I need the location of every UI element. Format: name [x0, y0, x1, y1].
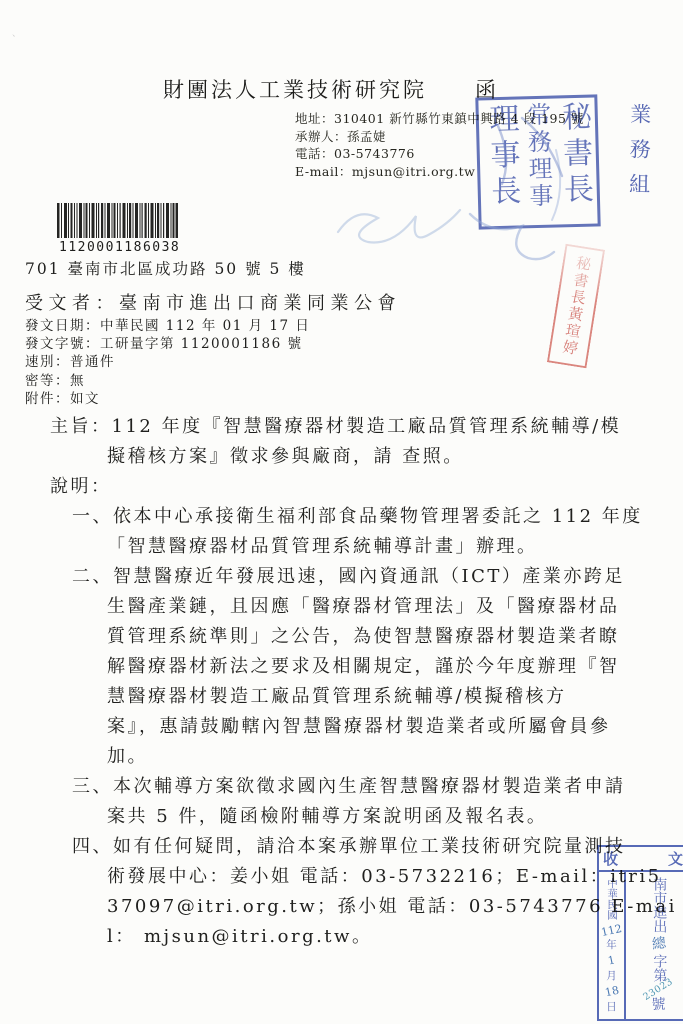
document-title: 財團法人工業技術研究院 函 [163, 74, 499, 104]
name-stamp-text: 秘書長黃瑄婷 [561, 254, 592, 357]
body-line: 「智慧醫療器材品質管理系統輔導計畫」辦理。 [0, 532, 683, 562]
barcode-image [57, 203, 178, 238]
receipt-day-handwritten: 18 [604, 985, 620, 999]
body-line: 術發展中心：姜小姐 電話：03-5732216；E-mail：itri5 [0, 862, 683, 892]
mailing-address: 701 臺南市北區成功路 50 號 5 樓 [25, 257, 306, 279]
receipt-number-label: 字第 [651, 954, 667, 982]
approval-stamp-column-director: 常務理事 [524, 102, 551, 223]
receipt-stamp-header: 收 文 [599, 847, 683, 872]
body-line: 案』，惠請鼓勵轄內智慧醫療器材製造業者或所屬會員參 [0, 712, 683, 742]
body-line: 加。 [0, 742, 683, 772]
meta-issue-date: 發文日期：中華民國 112 年 01 月 17 日 [25, 317, 310, 335]
name-stamp: 秘書長黃瑄婷 [547, 244, 605, 369]
body-line: 案共 5 件，隨函檢附輔導方案說明函及報名表。 [0, 802, 683, 832]
meta-doc-number: 發文字號：工研量字第 1120001186 號 [25, 335, 310, 353]
receipt-org-label: 南市進出 [651, 877, 667, 933]
body-line: 二、智慧醫療近年發展迅速，國內資通訊（ICT）產業亦跨足 [0, 562, 683, 592]
receipt-stamp: 收 文 中華民國 112 年 1 月 18 日 南市進出 總 字第 23023 … [597, 845, 683, 1021]
receipt-category-handwritten: 總 [651, 936, 666, 951]
document-meta-block: 發文日期：中華民國 112 年 01 月 17 日 發文字號：工研量字第 112… [25, 317, 310, 408]
receipt-date-column: 中華民國 112 年 1 月 18 日 [599, 872, 626, 1019]
subject-line: 主旨：112 年度『智慧醫療器材製造工廠品質管理系統輔導/模 [0, 412, 683, 442]
receipt-year-handwritten: 112 [600, 923, 623, 938]
approval-stamp: 理事長 常務理事 秘書長 [475, 94, 600, 229]
subject-line: 擬稽核方案』徵求參與廠商，請 查照。 [0, 442, 683, 472]
recipient-line: 受文者：臺南市進出口商業同業公會 [25, 289, 401, 315]
meta-security: 密等：無 [25, 372, 310, 390]
body-line: 一、依本中心承接衛生福利部食品藥物管理署委託之 112 年度 [0, 502, 683, 532]
body-line: 質管理系統準則」之公告，為使智慧醫療器材製造業者瞭 [0, 622, 683, 652]
receipt-day-label: 日 [606, 1002, 617, 1013]
receipt-era-label: 中華民國 [606, 878, 617, 920]
explanation-label: 說明： [0, 472, 683, 502]
scan-artifact-mark: 、 [12, 26, 21, 39]
body-line: l： mjsun@itri.org.tw。 [0, 922, 683, 952]
body-line: 生醫產業鏈，且因應「醫療器材管理法」及「醫療器材品 [0, 592, 683, 622]
receipt-month-label: 月 [606, 971, 617, 982]
receipt-number-column: 南市進出 總 字第 23023 號 [626, 872, 683, 1019]
receipt-header-right: 文 [668, 848, 683, 869]
scanned-letter: 、 財團法人工業技術研究院 函 地址：310401 新竹縣竹東鎮中興路 4 段 … [0, 0, 683, 1024]
body-line: 解醫療器材新法之要求及相關規定，謹於今年度辦理『智 [0, 652, 683, 682]
barcode-number: 1120001186038 [59, 240, 180, 255]
receipt-stamp-body: 中華民國 112 年 1 月 18 日 南市進出 總 字第 23023 號 [599, 872, 683, 1019]
body-line: 37097@itri.org.tw；孫小姐 電話：03-5743776 E-ma… [0, 892, 683, 922]
department-stamp: 業務組 [623, 103, 655, 219]
receipt-header-left: 收 [603, 848, 618, 869]
body-line: 慧醫療器材製造工廠品質管理系統輔導/模擬稽核方 [0, 682, 683, 712]
receipt-year-label: 年 [606, 940, 617, 951]
meta-attachment: 附件：如文 [25, 390, 310, 408]
receipt-number-suffix: 號 [652, 998, 666, 1014]
meta-priority: 速別：普通件 [25, 353, 310, 371]
approval-stamp-column-chairman: 理事長 [485, 103, 518, 224]
approval-stamp-column-secretary: 秘書長 [558, 101, 591, 222]
letter-body: 主旨：112 年度『智慧醫療器材製造工廠品質管理系統輔導/模 擬稽核方案』徵求參… [0, 412, 683, 952]
body-line: 四、如有任何疑問，請洽本案承辦單位工業技術研究院量測技 [0, 832, 683, 862]
body-line: 三、本次輔導方案欲徵求國內生產智慧醫療器材製造業者申請 [0, 772, 683, 802]
receipt-month-handwritten: 1 [607, 955, 616, 967]
